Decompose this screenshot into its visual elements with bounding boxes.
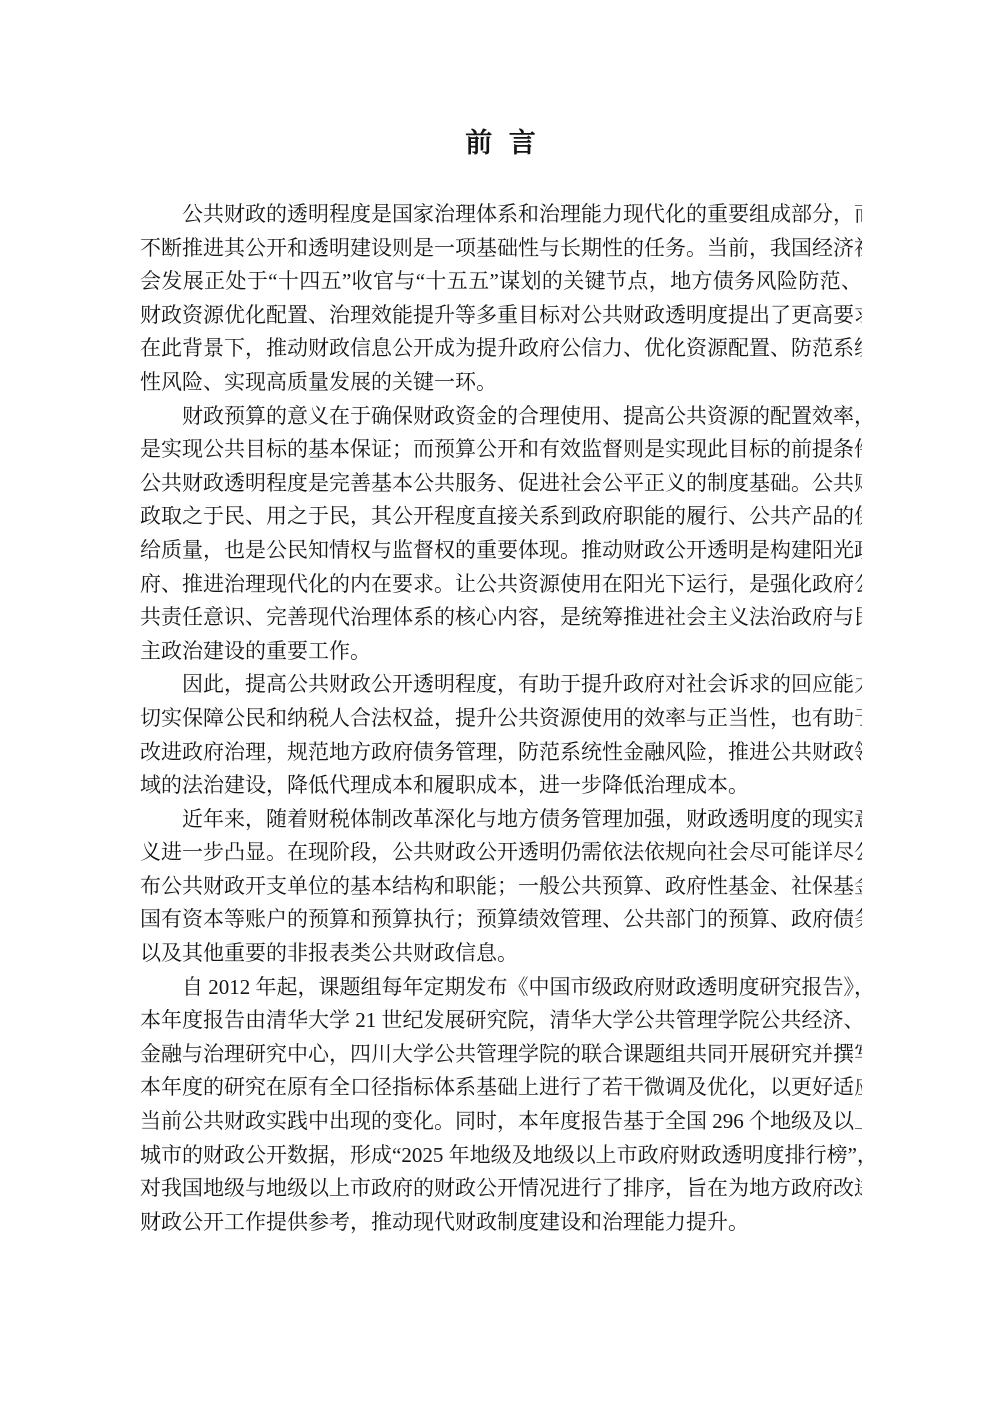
- text-line: 财政公开工作提供参考，推动现代财政制度建设和治理能力提升。: [140, 1206, 862, 1240]
- text-line: 义进一步凸显。在现阶段，公共财政公开透明仍需依法依规向社会尽可能详尽公: [140, 836, 862, 870]
- text-line: 城市的财政公开数据，形成“2025 年地级及地级以上市政府财政透明度排行榜”，: [140, 1139, 862, 1173]
- document-page: 前 言 公共财政的透明程度是国家治理体系和治理能力现代化的重要组成部分，而不断推…: [0, 0, 992, 1403]
- text-line: 财政资源优化配置、治理效能提升等多重目标对公共财政透明度提出了更高要求。: [140, 299, 862, 333]
- text-line: 域的法治建设，降低代理成本和履职成本，进一步降低治理成本。: [140, 769, 862, 803]
- paragraph: 自 2012 年起，课题组每年定期发布《中国市级政府财政透明度研究报告》，本年度…: [140, 971, 862, 1240]
- text-line: 会发展正处于“十四五”收官与“十五五”谋划的关键节点，地方债务风险防范、: [140, 265, 862, 299]
- page-title: 前 言: [140, 0, 862, 161]
- text-line: 对我国地级与地级以上市政府的财政公开情况进行了排序，旨在为地方政府改进: [140, 1172, 862, 1206]
- text-line: 财政预算的意义在于确保财政资金的合理使用、提高公共资源的配置效率，: [140, 400, 862, 434]
- text-line: 政取之于民、用之于民，其公开程度直接关系到政府职能的履行、公共产品的供: [140, 500, 862, 534]
- text-line: 改进政府治理，规范地方政府债务管理，防范系统性金融风险，推进公共财政领: [140, 736, 862, 770]
- text-line: 本年度的研究在原有全口径指标体系基础上进行了若干微调及优化，以更好适应: [140, 1071, 862, 1105]
- text-line: 给质量，也是公民知情权与监督权的重要体现。推动财政公开透明是构建阳光政: [140, 534, 862, 568]
- text-line: 不断推进其公开和透明建设则是一项基础性与长期性的任务。当前，我国经济社: [140, 232, 862, 266]
- paragraph: 因此，提高公共财政公开透明程度，有助于提升政府对社会诉求的回应能力，切实保障公民…: [140, 668, 862, 802]
- text-line: 切实保障公民和纳税人合法权益，提升公共资源使用的效率与正当性，也有助于: [140, 702, 862, 736]
- text-line: 国有资本等账户的预算和预算执行；预算绩效管理、公共部门的预算、政府债务: [140, 903, 862, 937]
- text-line: 因此，提高公共财政公开透明程度，有助于提升政府对社会诉求的回应能力，: [140, 668, 862, 702]
- text-line: 本年度报告由清华大学 21 世纪发展研究院，清华大学公共管理学院公共经济、: [140, 1004, 862, 1038]
- text-line: 近年来，随着财税体制改革深化与地方债务管理加强，财政透明度的现实意: [140, 803, 862, 837]
- text-line: 公共财政的透明程度是国家治理体系和治理能力现代化的重要组成部分，而: [140, 198, 862, 232]
- paragraph: 财政预算的意义在于确保财政资金的合理使用、提高公共资源的配置效率，是实现公共目标…: [140, 400, 862, 669]
- text-line: 是实现公共目标的基本保证；而预算公开和有效监督则是实现此目标的前提条件。: [140, 433, 862, 467]
- text-line: 布公共财政开支单位的基本结构和职能；一般公共预算、政府性基金、社保基金、: [140, 870, 862, 904]
- text-line: 在此背景下，推动财政信息公开成为提升政府公信力、优化资源配置、防范系统: [140, 332, 862, 366]
- text-line: 性风险、实现高质量发展的关键一环。: [140, 366, 862, 400]
- text-line: 以及其他重要的非报表类公共财政信息。: [140, 937, 862, 971]
- text-line: 府、推进治理现代化的内在要求。让公共资源使用在阳光下运行，是强化政府公: [140, 568, 862, 602]
- text-line: 共责任意识、完善现代治理体系的核心内容，是统筹推进社会主义法治政府与民: [140, 601, 862, 635]
- paragraph: 公共财政的透明程度是国家治理体系和治理能力现代化的重要组成部分，而不断推进其公开…: [140, 198, 862, 400]
- page-body: 公共财政的透明程度是国家治理体系和治理能力现代化的重要组成部分，而不断推进其公开…: [140, 198, 862, 1239]
- text-line: 自 2012 年起，课题组每年定期发布《中国市级政府财政透明度研究报告》，: [140, 971, 862, 1005]
- text-line: 金融与治理研究中心，四川大学公共管理学院的联合课题组共同开展研究并撰写。: [140, 1038, 862, 1072]
- text-line: 主政治建设的重要工作。: [140, 635, 862, 669]
- paragraph: 近年来，随着财税体制改革深化与地方债务管理加强，财政透明度的现实意义进一步凸显。…: [140, 803, 862, 971]
- text-line: 当前公共财政实践中出现的变化。同时，本年度报告基于全国 296 个地级及以上: [140, 1105, 862, 1139]
- text-line: 公共财政透明程度是完善基本公共服务、促进社会公平正义的制度基础。公共财: [140, 467, 862, 501]
